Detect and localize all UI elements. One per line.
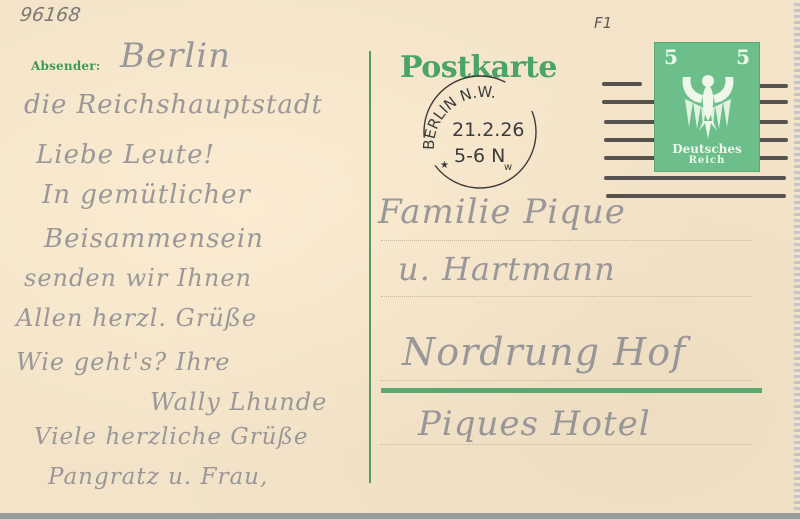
address-line: Nordrung Hof (402, 330, 686, 374)
stamp-country: Deutsches (655, 143, 759, 155)
scan-bottom-edge (0, 513, 800, 519)
message-line: Berlin (120, 36, 231, 76)
postcard: 96168 F1 Absender: Berlin die Reichshaup… (0, 0, 800, 519)
message-line: Liebe Leute! (36, 140, 215, 170)
address-line: Familie Pique (378, 192, 626, 232)
stamp-country-2: Reich (655, 155, 759, 166)
address-line-rule (381, 380, 751, 381)
message-line: Wally Lhunde (150, 388, 327, 416)
corner-mark: F1 (594, 14, 612, 32)
message-line: senden wir Ihnen (24, 264, 252, 292)
message-line: In gemütlicher (42, 180, 251, 210)
postmark-time: 5-6 N (454, 145, 505, 167)
message-line: Allen herzl. Grüße (16, 304, 257, 332)
center-divider (369, 51, 371, 483)
address-line-rule (381, 444, 751, 445)
message-line: Beisammensein (44, 224, 264, 254)
address-underline (381, 388, 762, 393)
perforated-edge (794, 0, 800, 519)
stamp-value-right: 5 (736, 45, 750, 69)
sender-label: Absender: (31, 59, 100, 73)
eagle-icon (679, 69, 737, 141)
message-line: Viele herzliche Grüße (34, 424, 308, 450)
message-line: Pangratz u. Frau, (48, 464, 268, 490)
postage-stamp: 5 5 Deutsches Reich (654, 42, 760, 172)
postmark: BERLIN N.W. 21.2.26 5-6 N w ★ (418, 70, 548, 200)
archive-number: 96168 (18, 4, 82, 26)
postmark-suffix: w (504, 162, 512, 173)
address-line: u. Hartmann (398, 250, 616, 288)
address-line-rule (381, 296, 751, 297)
postmark-date: 21.2.26 (452, 119, 525, 141)
stamp-value-left: 5 (664, 45, 678, 69)
address-line: Piques Hotel (418, 404, 651, 444)
address-line-rule (381, 240, 751, 241)
message-line: Wie geht's? Ihre (16, 348, 230, 376)
svg-text:★: ★ (440, 160, 449, 171)
message-line: die Reichshauptstadt (24, 90, 323, 120)
